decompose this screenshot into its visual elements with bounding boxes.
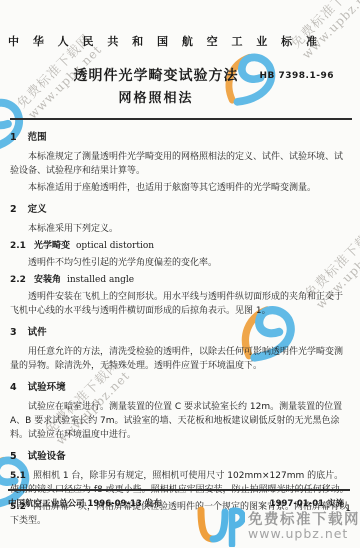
publisher-issue-line: 中国航空工业总公司 1996-09-13 发布: [8, 497, 162, 509]
section-heading: 1范围: [10, 131, 351, 145]
section-title: 试验环境: [28, 382, 66, 393]
page-number: 1: [345, 504, 351, 514]
section-number: 4: [10, 382, 17, 393]
paragraph: 试验应在暗室进行。测量装置的位置 C 要求试验室长约 12m。测量装置的位置 A…: [10, 400, 351, 442]
brand-site-url: www.upbz.net: [248, 527, 360, 540]
section-number: 3: [10, 327, 17, 338]
term-english: installed angle: [67, 275, 134, 285]
section-title: 试验设备: [28, 451, 66, 462]
paragraph: 本标准规定了测量透明件光学畸变用的网格照相法的定义、试件、试验环境、试验设备、试…: [10, 150, 351, 178]
header-divider: [10, 118, 352, 120]
section-heading: 4试验环境: [10, 381, 351, 395]
section-heading: 3试件: [10, 326, 351, 340]
standard-org-title: 中 华 人 民 共 和 国 航 空 工 业 标 准: [0, 33, 330, 49]
section-number: 2: [10, 204, 17, 215]
numbered-clause: 5.1照相机 1 台，除非另有规定，照相机可使用尺寸 102mm×127mm 的…: [10, 469, 351, 497]
footer-divider: [8, 489, 350, 491]
brand-text: 免费标准下载网 www.upbz.net: [248, 512, 360, 540]
clause-number: 2.2: [10, 275, 26, 285]
paragraph: 本标准适用于座舱透明件，也适用于舷窗等其它透明件的光学畸变测量。: [10, 181, 351, 195]
term-text: 光学畸变: [34, 241, 70, 251]
paragraph: 用任意允许的方法，清洗受检验的透明件，以除去任何可影响透明件光学畸变测量的异物。…: [10, 345, 351, 373]
document-subtitle: 网格照相法: [0, 87, 312, 106]
section-title: 范围: [28, 132, 47, 143]
section: 2定义本标准采用下列定义。2.1光学畸变optical distortion透明…: [10, 203, 351, 318]
standard-document-page: 免费标准下载网 www.upbz.net 免费标准下载网 www.upbz.ne…: [0, 0, 360, 548]
section-title: 试件: [28, 327, 47, 338]
up-wordmark-icon: [193, 505, 245, 547]
clause-text: 照相机 1 台，除非另有规定，照相机可使用尺寸 102mm×127mm 的底片。…: [10, 471, 349, 495]
section-number: 5: [10, 451, 17, 462]
watermark-brand: 免费标准下载网 www.upbz.net: [193, 505, 360, 547]
section-title: 定义: [28, 204, 47, 215]
section-heading: 2定义: [10, 203, 351, 217]
section: 3试件用任意允许的方法，清洗受检验的透明件，以除去任何可影响透明件光学畸变测量的…: [10, 326, 351, 373]
definition-term: 2.2安装角installed angle: [10, 273, 351, 287]
standard-number: HB 7398.1-96: [259, 71, 334, 81]
definition-term: 2.1光学畸变optical distortion: [10, 239, 351, 253]
sections: 1范围本标准规定了测量透明件光学畸变用的网格照相法的定义、试件、试验环境、试验设…: [10, 123, 351, 528]
watermark-site-name: 免费标准下载网: [277, 0, 360, 64]
section-heading: 5试验设备: [10, 450, 351, 464]
term-text: 安装角: [34, 275, 61, 285]
paragraph: 透明件不均匀性引起的光学角度偏差的变化率。: [10, 256, 351, 270]
section: 4试验环境试验应在暗室进行。测量装置的位置 C 要求试验室长约 12m。测量装置…: [10, 381, 351, 442]
paragraph: 透明件安装在飞机上的空间形状。用水平线与透明件纵切面形成的夹角和正交于飞机中心线…: [10, 290, 351, 318]
section: 1范围本标准规定了测量透明件光学畸变用的网格照相法的定义、试件、试验环境、试验设…: [10, 131, 351, 195]
paragraph: 本标准采用下列定义。: [10, 222, 351, 236]
clause-number: 2.1: [10, 241, 26, 251]
clause-number: 5.1: [10, 471, 26, 481]
brand-site-name: 免费标准下载网: [248, 512, 360, 527]
section-number: 1: [10, 132, 17, 143]
term-english: optical distortion: [76, 241, 154, 251]
